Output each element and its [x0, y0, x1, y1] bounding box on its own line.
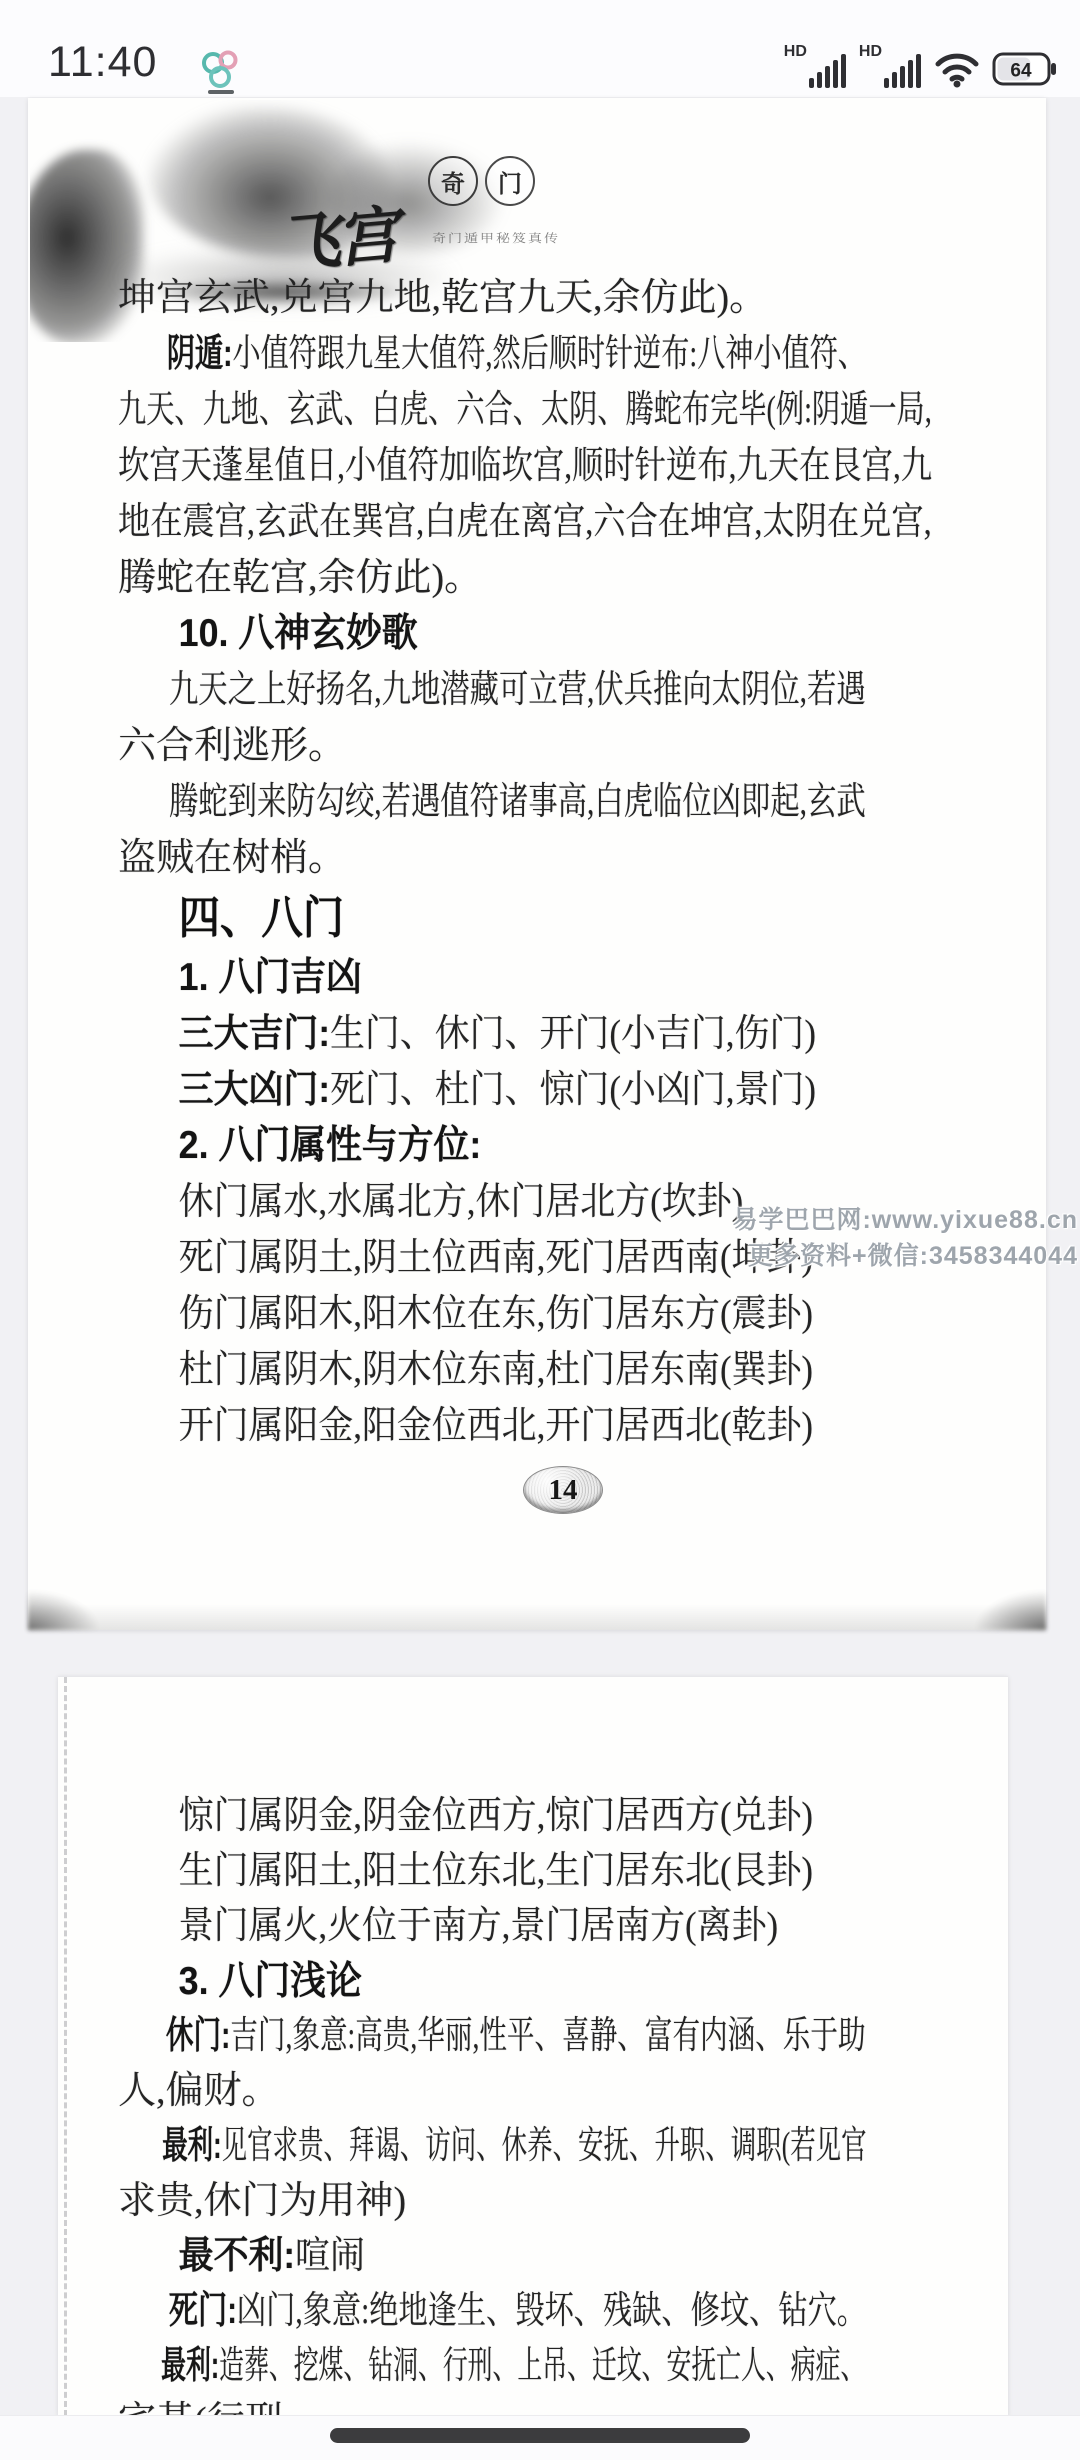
clover-rings-icon: [198, 48, 244, 90]
bold-lead-label: 三大凶门:: [179, 1069, 330, 1111]
text-line: 景门属火,火位于南方,景门居南方(离卦): [118, 1899, 866, 1954]
scanned-page-1[interactable]: 飞宫 奇 门 奇门遁甲秘笈真传 坤宫玄武,兑宫九地,乾宫九天,余仿此)。阴遁:小…: [28, 98, 1046, 1630]
bold-lead-label: 死门:: [169, 2290, 237, 2332]
battery-percent: 64: [1010, 61, 1032, 82]
bold-lead-label: 阴遁:: [167, 333, 233, 375]
watermark-site: 易学巴巴网:www.yixue88.cn: [658, 1200, 1078, 1236]
bold-lead-label: 最不利:: [179, 2235, 295, 2277]
text-line: 生门属阳土,阳土位东北,生门居东北(艮卦): [118, 1844, 866, 1899]
text-line: 九天之上好扬名,九地潜藏可立营,伏兵推向太阴位,若遇: [118, 662, 746, 718]
section-heading: 3. 八门浅论: [118, 1954, 866, 2009]
section-heading: 四、八门: [118, 886, 866, 950]
bold-lead-label: 休门:: [166, 2015, 230, 2057]
text-line: 人,偏财。: [118, 2064, 932, 2119]
status-bar: 11:40 HD HD: [0, 0, 1080, 97]
battery-indicator: 64: [992, 51, 1058, 87]
text-line: 坤宫玄武,兑宫九地,乾宫九天,余仿此)。: [118, 270, 932, 326]
text-line: 杜门属阴木,阴木位东南,杜门居东南(巽卦): [118, 1342, 866, 1398]
app-icon-underline: [208, 90, 234, 94]
signal-bars-icon: [809, 54, 847, 88]
sim2-signal: HD: [859, 44, 922, 88]
page-curl-right: [974, 1590, 1046, 1630]
section-heading: 1. 八门吉凶: [118, 950, 866, 1006]
hd-volte-icon: HD: [859, 44, 882, 60]
scanned-page-2[interactable]: 惊门属阴金,阴金位西方,惊门居西方(兑卦)生门属阳土,阳土位东北,生门居东北(艮…: [58, 1676, 1008, 2416]
page2-text-block: 惊门属阴金,阴金位西方,惊门居西方(兑卦)生门属阳土,阳土位东北,生门居东北(艮…: [118, 1789, 932, 2416]
text-line: 三大凶门:死门、杜门、惊门(小凶门,景门): [118, 1062, 866, 1118]
text-line: 最不利:喧闹: [118, 2229, 866, 2284]
text-line: 休门:吉门,象意:高贵,华丽,性平、喜静、富有内涵、乐于助: [118, 2009, 709, 2064]
section-heading: 2. 八门属性与方位:: [118, 1118, 866, 1174]
text-line: 腾蛇在乾宫,余仿此)。: [118, 550, 932, 606]
text-line: 最利:造葬、挖煤、钻洞、行刑、上吊、迁坟、安抚亡人、病症、: [118, 2339, 650, 2394]
page1-text-block: 坤宫玄武,兑宫九地,乾宫九天,余仿此)。阴遁:小值符跟九星大值符,然后顺时针逆布…: [118, 270, 932, 1454]
text-line: 三大吉门:生门、休门、开门(小吉门,伤门): [118, 1006, 866, 1062]
sim1-signal: HD: [784, 44, 847, 88]
home-indicator[interactable]: [330, 2428, 750, 2443]
seal-stamps: 奇 门: [428, 156, 535, 206]
text-line: 宅基(行刑: [118, 2394, 932, 2416]
bold-lead-label: 最利:: [162, 2125, 221, 2167]
watermark-wechat: 更多资料+微信:3458344044: [658, 1236, 1078, 1272]
page-curl-left: [28, 1590, 100, 1630]
text-line: 死门:凶门,象意:绝地逢生、毁坏、残缺、修坟、钻穴。: [118, 2284, 744, 2339]
text-line: 惊门属阴金,阴金位西方,惊门居西方(兑卦): [118, 1789, 866, 1844]
text-line: 阴遁:小值符跟九星大值符,然后顺时针逆布:八神小值符、: [118, 326, 720, 382]
text-line: 盗贼在树梢。: [118, 830, 932, 886]
text-line: 伤门属阳木,阳木位在东,伤门居东方(震卦): [118, 1286, 866, 1342]
bold-lead-label: 最利:: [161, 2345, 219, 2387]
seal-qi: 奇: [428, 156, 478, 206]
seal-men: 门: [485, 156, 535, 206]
hd-volte-icon: HD: [784, 44, 807, 60]
text-line: 坎宫天蓬星值日,小值符加临坎宫,顺时针逆布,九天在艮宫,九: [118, 438, 789, 494]
clock: 11:40: [48, 38, 157, 87]
text-line: 求贵,休门为用神): [118, 2174, 932, 2229]
text-line: 开门属阳金,阳金位西北,开门居西北(乾卦): [118, 1398, 866, 1454]
status-icons: HD HD: [784, 36, 1058, 88]
text-line: 最利:见官求贵、拜谒、访问、休养、安抚、升职、调职(若见官: [118, 2119, 663, 2174]
bold-lead-label: 三大吉门:: [179, 1013, 330, 1055]
text-line: 地在震宫,玄武在巽宫,白虎在离宫,六合在坤宫,太阴在兑宫,: [118, 494, 808, 550]
page-perforation-edge: [64, 1677, 67, 2416]
page-number-badge: 14: [523, 1466, 603, 1514]
wifi-icon: [934, 50, 980, 88]
text-line: 腾蛇到来防勾绞,若遇值符诸事高,白虎临位凶即起,玄武: [118, 774, 746, 830]
page-number: 14: [549, 1474, 578, 1507]
page-bottom-fold-shadow: [28, 1604, 1046, 1630]
app-shortcut-icon: [198, 48, 244, 90]
signal-bars-icon: [884, 54, 922, 88]
text-line: 九天、九地、玄武、白虎、六合、太阴、腾蛇布完毕(例:阴遁一局,: [118, 382, 722, 438]
section-heading: 10. 八神玄妙歌: [118, 606, 866, 662]
seal-script-row: 奇门遁甲秘笈真传: [432, 230, 622, 246]
text-line: 六合利逃形。: [118, 718, 932, 774]
